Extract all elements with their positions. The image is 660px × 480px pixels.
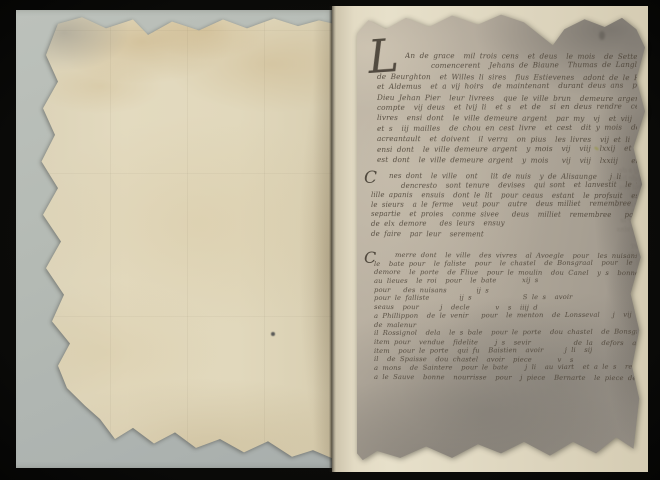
- paragraph-2: nes dont le ville ont lit de nuis y de A…: [371, 172, 637, 239]
- text-line: de elx demore des leurs ensuy: [371, 219, 637, 230]
- text-line: et Aldemus et a vij hoirs de maintenant …: [377, 81, 637, 93]
- ink-dot: [271, 332, 275, 336]
- right-parchment-written: uij s dey de liurenul desvij sde la vill…: [357, 11, 645, 467]
- text-line: a Phillippon de le venir pour le menton …: [374, 310, 637, 320]
- text-line: le sieurs a le ferme veut pour autre deu…: [371, 199, 637, 210]
- gray-smudge: [37, 37, 45, 59]
- ink-speck: [151, 29, 153, 32]
- paragraph-3: merre dont le ville des vivres al Avoegl…: [371, 251, 637, 381]
- left-parchment-wrap: [34, 15, 334, 459]
- text-line: ensi dont le ville demeure argent y mois…: [377, 143, 637, 155]
- text-line: item pour le porte qui fu Baistien avoir…: [374, 345, 637, 355]
- text-line: au lieues le roi pour le bate xij s: [374, 276, 637, 286]
- blue-smudge: [36, 179, 41, 195]
- text-line: il Rossignol dela le s bale pour le port…: [374, 328, 637, 338]
- binding-gutter-shadow: [329, 6, 336, 472]
- text-line: a le Sauve bonne nourrisse pour j piece …: [374, 373, 637, 383]
- text-line: et s iij mailles de chou en cest livre e…: [377, 122, 637, 134]
- text-line: le bate pour le faliste pour le chastel …: [374, 258, 637, 268]
- text-line: compte vij deus et lvij li et s et de si…: [377, 102, 637, 114]
- left-page-verso: [16, 10, 334, 468]
- paragraph-1: An de grace mil trois cens et deus le mo…: [371, 51, 637, 165]
- text-line: dencresto sont tenure devises qui sont e…: [401, 180, 637, 191]
- photo-backdrop: uij s dey de liurenul desvij sde la vill…: [0, 0, 660, 480]
- text-line: a mons de Saintere pour le bate j li au …: [374, 363, 637, 373]
- text-line: est dont le ville demeure argent y mois …: [377, 155, 637, 167]
- ink-speck: [145, 22, 148, 28]
- text-line: pour le falliste ij s S le s avoir: [374, 293, 637, 303]
- left-parchment-blank: [34, 15, 334, 459]
- text-line: comencerent Jehans de Biaune Thumas de L…: [431, 60, 637, 71]
- folio-mark-smudge: [599, 31, 605, 40]
- text-line: de faire par leur serement: [371, 230, 637, 241]
- right-parchment-wrap: uij s dey de liurenul desvij sde la vill…: [357, 11, 645, 467]
- right-page-recto: uij s dey de liurenul desvij sde la vill…: [332, 6, 648, 472]
